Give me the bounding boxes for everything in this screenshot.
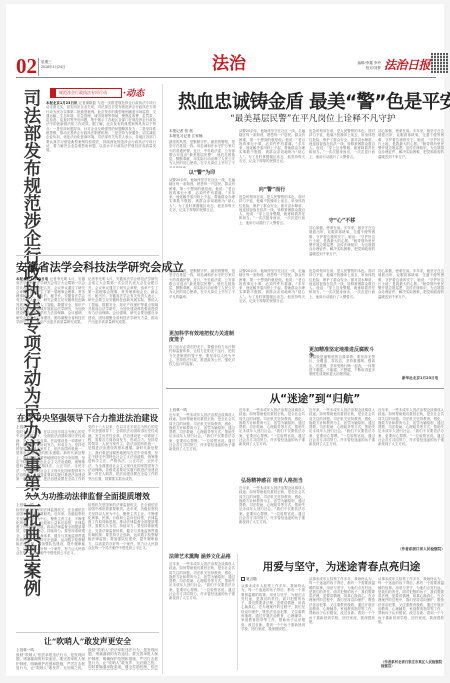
article-text: 近年来，一些未成年人因法治观念淡薄误入歧途。如何帮助他们重回正轨，是全社会共同关… — [239, 486, 305, 551]
section-rule — [166, 388, 444, 389]
subsection-body: 反腐败是最彻底的自我革命。要坚持无禁区、全覆盖、零容忍，坚持重遏制、强高压、长震… — [309, 355, 375, 385]
page-number: 02 — [16, 56, 37, 76]
column-label: 笔言随 — [241, 577, 257, 582]
subsection-heading: 更加科学有效地把权力关进制度笼子 — [169, 331, 235, 343]
issue-date: 星期三 2018年1月24日 — [41, 60, 81, 70]
article-body: 记者李光明 1月，安徽省法学会科技法学研究会成立大会暨第一次会员代表大会在合肥召… — [16, 277, 85, 324]
article-headline: 久久为功推动法律监督全面提质增效 — [16, 491, 159, 502]
article-body: 鼓励“吹哨人”依法举报违法行为，是发现问题、堵塞漏洞的有效途径。要完善举报人保护… — [88, 648, 158, 670]
article-text-cont: 记者李光明 1月，安徽省法学会科技法学研究会成立大会暨第一次会员代表大会在合肥召… — [88, 277, 158, 339]
main-byline: 本报记者 张 晨 本报见习记者 江家楠 — [169, 129, 203, 139]
article-body: 党的十八大以来，在以习近平同志为核心的党中央坚强领导下，全面依法治国取得历史性成… — [16, 430, 85, 482]
subsection-body: 危急时刻冲在前，是人民警察的本色。面对持刀歹徒，他毫不犹豫冲上前去，用身体挡住危… — [309, 129, 375, 215]
article-credit: （作者系河北省石家庄市某区人民检察院检察官） — [381, 660, 444, 669]
proofreader-line: 校对/刘梦 — [351, 66, 381, 71]
article-text-cont: 检察机关是国家的法律监督机关，在全面依法治国中承担着重要职责。近年来，各级检察机… — [88, 503, 158, 555]
article-text: 从事未成年人检察工作多年，我始终认为，每一个迷途的孩子背后，都有一个需要被温暖的… — [378, 577, 444, 657]
subsection-body: 初心如磐，使命在肩。多年来，她坚守在边境派出所，克服高寒缺氧、交通不便等困难，守… — [378, 269, 444, 374]
article-text-cont: 鼓励“吹哨人”依法举报违法行为，是发现问题、堵塞漏洞的有效途径。要完善举报人保护… — [88, 648, 158, 670]
section-rule — [16, 487, 159, 488]
subsection-heading: 向“警”而行 — [239, 187, 305, 193]
subsection-heading: 守“心”不移 — [309, 218, 375, 224]
subsection-body: 最美的风景，是默默守护。最美的警察，是坚守在基层一线、用忠诚和汗水守护万家灯火的… — [169, 269, 235, 329]
article-headline: 从“迷途”到“归航” — [166, 392, 444, 406]
article-text-cont: 党的十八大以来，在以习近平同志为核心的党中央坚强领导下，全面依法治国取得历史性成… — [88, 425, 158, 482]
subsection-heading: 以“警”为印 — [169, 170, 235, 176]
column-rule — [237, 554, 238, 670]
article-headline: 安徽省法学会科技法学研究会成立 — [16, 260, 159, 274]
column-tag: 规范涉企行政执法专项行动 — [50, 88, 122, 98]
article-text: 从事未成年人检察工作多年，我始终认为，每一个迷途的孩子背后，都有一个需要被温暖的… — [241, 584, 305, 668]
date: 2018年1月24日 — [41, 65, 81, 70]
subsection-body: 危急时刻冲在前，是人民警察的本色。面对持刀歹徒，他毫不犹豫冲上前去，用身体挡住危… — [239, 195, 305, 266]
article-text: 本报北京1月23日讯 记者蒲晓磊 为进一步推进规范涉企行政执法专项行动走深走实，… — [46, 101, 156, 253]
article-text: 近年来，一些未成年人因法治观念淡薄误入歧途。如何帮助他们重回正轨，是全社会共同关… — [378, 408, 444, 546]
column-rule — [162, 84, 163, 674]
section-rule — [16, 408, 159, 409]
section-rule — [16, 632, 159, 633]
article-credit: （作者系浙江省人民检察院） — [398, 547, 444, 552]
article-headline: 用爱与坚守，为迷途青春点亮归途 — [239, 560, 444, 574]
masthead-rule — [16, 77, 436, 78]
editor-credits: 编辑/李鑫 李玲 校对/刘梦 — [351, 61, 381, 71]
article-body: 检察机关是国家的法律监督机关，在全面依法治国中承担着重要职责。近年来，各级检察机… — [88, 503, 158, 550]
article-text: 检察机关是国家的法律监督机关，在全面依法治国中承担着重要职责。近年来，各级检察机… — [16, 508, 85, 564]
subsection-heading: 弘扬精神感召 培育人格担当 — [239, 478, 305, 484]
newspaper-logo: 法治日报 — [384, 56, 430, 74]
article-headline: 在党中央坚强领导下合力推进法治建设 — [16, 412, 159, 424]
article-body: 党的十八大以来，在以习近平同志为核心的党中央坚强领导下，全面依法治国取得历史性成… — [88, 425, 158, 481]
main-headline: 热血忠诚铸金盾 最美“警”色是平安 — [178, 92, 448, 114]
article-body: 检察机关是国家的法律监督机关，在全面依法治国中承担着重要职责。近年来，各级检察机… — [16, 508, 85, 555]
article-text: 本报合肥1月23日电 记者李光明 1月，安徽省法学会科技法学研究会成立大会暨第一… — [16, 277, 85, 339]
subsection-heading: 法律艺术熏陶 涵养文化品格 — [169, 554, 235, 560]
subsection-body: 危急时刻冲在前，是人民警察的本色。面对持刀歹徒，他毫不犹豫冲上前去，用身体挡住危… — [309, 269, 375, 344]
qr-code-icon — [431, 53, 448, 73]
subsection-body: 从警20余年，他始终坚守在社区一线，走遍辖区每一条街巷，熟悉每一户居民。群众有困… — [169, 178, 235, 266]
article-credit: 新华社北京1月23日电 — [402, 376, 438, 381]
main-intro: 最美的风景，是默默守护。最美的警察，是坚守在基层一线、用忠诚和汗水守护万家灯火的… — [169, 140, 235, 168]
main-subheadline: “最美基层民警”在平凡岗位上诠释不凡守护 — [178, 113, 448, 125]
section-rule — [16, 255, 159, 256]
subsection-body: 权力运行必须在阳光下，要健全权力运行制约和监督体系，让权力在阳光下运行，把权力关… — [169, 345, 235, 385]
byline-trainee: 本报见习记者 江家楠 — [169, 134, 203, 139]
subsection-body: 初心如磐，使命在肩。多年来，她坚守在边境派出所，克服高寒缺氧、交通不便等困难，守… — [378, 129, 444, 266]
article-body: 鼓励“吹哨人”依法举报违法行为，是发现问题、堵塞漏洞的有效途径。要完善举报人保护… — [16, 653, 85, 670]
column-label-text: 笔言随 — [246, 577, 257, 581]
masthead-divider — [38, 58, 39, 76]
subsection-body: 从警20余年，他始终坚守在社区一线，走遍辖区每一条街巷，熟悉每一户居民。群众有困… — [239, 269, 305, 384]
column-box-icon — [241, 577, 245, 581]
article-body: 记者李光明 1月，安徽省法学会科技法学研究会成立大会暨第一次会员代表大会在合肥召… — [88, 277, 158, 324]
article-headline: 让“吹哨人”敢发声更安全 — [16, 636, 159, 647]
article-text: 党的十八大以来，在以习近平同志为核心的党中央坚强领导下，全面依法治国取得历史性成… — [16, 430, 85, 482]
column-tag-suffix: ·动态 — [123, 86, 144, 99]
subsection-body: 从警20余年，他始终坚守在社区一线，走遍辖区每一条街巷，熟悉每一户居民。群众有困… — [239, 129, 305, 183]
article-text: 鼓励“吹哨人”依法举报违法行为，是发现问题、堵塞漏洞的有效途径。要完善举报人保护… — [16, 653, 85, 670]
article-text: 近年来，一些未成年人因法治观念淡薄误入歧途。如何帮助他们重回正轨，是全社会共同关… — [239, 408, 305, 476]
article-text: 从事未成年人检察工作多年，我始终认为，每一个迷途的孩子背后，都有一个需要被温暖的… — [309, 577, 375, 668]
article-text: 近年来，一些未成年人因法治观念淡薄误入歧途。如何帮助他们重回正轨，是全社会共同关… — [169, 562, 235, 667]
article-text: 近年来，一些未成年人因法治观念淡薄误入歧途。如何帮助他们重回正轨，是全社会共同关… — [169, 413, 235, 551]
article-body: 记者蒲晓磊 为进一步推进规范涉企行政执法专项行动走深走实，切实回应企业关切，司法… — [46, 101, 156, 152]
newspaper-page: 02 星期三 2018年1月24日 法治 编辑/李鑫 李玲 校对/刘梦 法治日报… — [6, 4, 444, 676]
article-text: 近年来，一些未成年人因法治观念淡薄误入歧途。如何帮助他们重回正轨，是全社会共同关… — [309, 408, 375, 551]
section-title: 法治 — [212, 54, 246, 74]
subsection-body: 初心如磐，使命在肩。多年来，她坚守在边境派出所，克服高寒缺氧、交通不便等困难，守… — [309, 226, 375, 266]
